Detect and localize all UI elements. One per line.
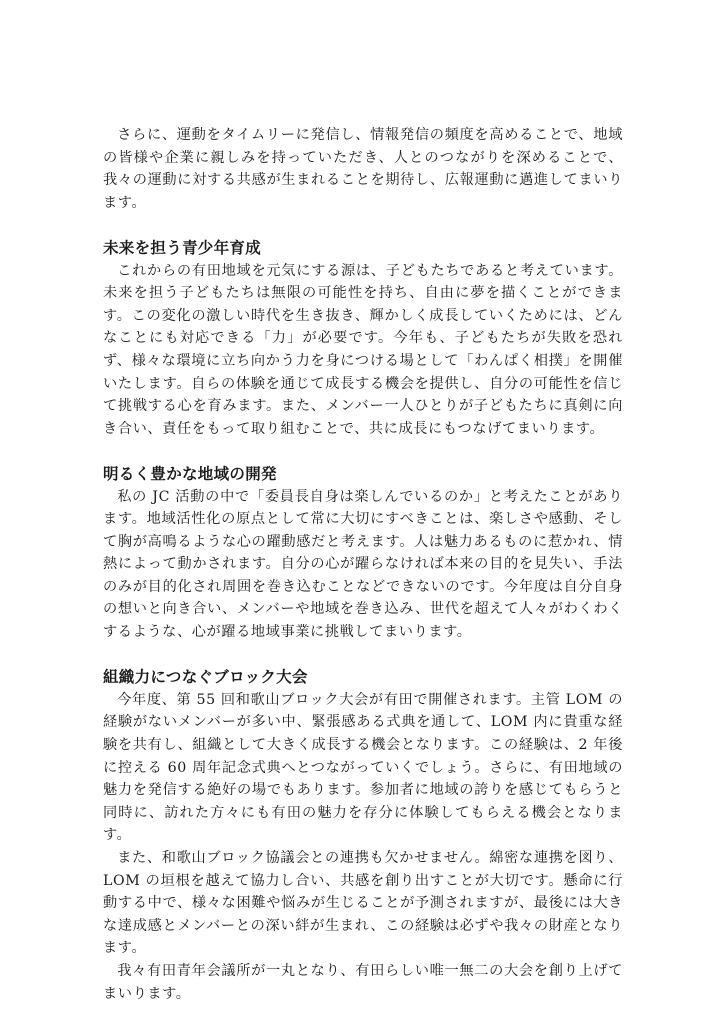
section-paragraph: 我々有田青年会議所が一丸となり、有田らしい唯一無二の大会を創り上げてまいります。	[103, 960, 623, 1005]
document-page: さらに、運動をタイムリーに発信し、情報発信の頻度を高めることで、地域の皆様や企業…	[103, 124, 623, 1005]
section-block-convention: 組織力につなぐブロック大会 今年度、第 55 回和歌山ブロック大会が有田で開催さ…	[103, 666, 623, 1005]
section-youth-development: 未来を担う青少年育成 これからの有田地域を元気にする源は、子どもたちであると考え…	[103, 237, 623, 440]
intro-paragraph: さらに、運動をタイムリーに発信し、情報発信の頻度を高めることで、地域の皆様や企業…	[103, 124, 623, 214]
section-paragraph: また、和歌山ブロック協議会との連携も欠かせません。綿密な連携を図り、LOM の垣…	[103, 847, 623, 960]
section-heading: 未来を担う青少年育成	[103, 237, 623, 260]
section-regional-development: 明るく豊かな地域の開発 私の JC 活動の中で「委員長自身は楽しんでいるのか」と…	[103, 463, 623, 644]
section-paragraph: これからの有田地域を元気にする源は、子どもたちであると考えています。未来を担う子…	[103, 260, 623, 441]
section-paragraph: 私の JC 活動の中で「委員長自身は楽しんでいるのか」と考えたことがあります。地…	[103, 486, 623, 644]
spacer	[103, 644, 623, 667]
spacer	[103, 214, 623, 237]
section-heading: 明るく豊かな地域の開発	[103, 463, 623, 486]
spacer	[103, 440, 623, 463]
section-heading: 組織力につなぐブロック大会	[103, 666, 623, 689]
section-paragraph: 今年度、第 55 回和歌山ブロック大会が有田で開催されます。主管 LOM の経験…	[103, 689, 623, 847]
